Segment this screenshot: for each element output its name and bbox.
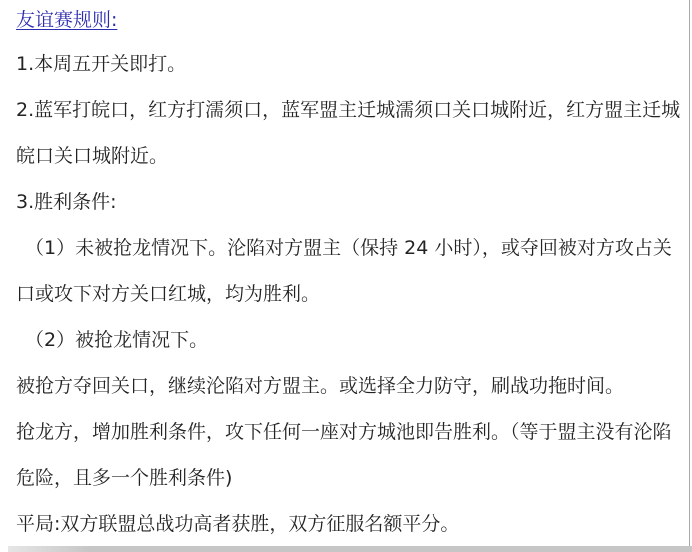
page-title[interactable]: 友谊赛规则: [16,8,117,32]
rules-line: 抢龙方，增加胜利条件，攻下任何一座对方城池即告胜利。（等于盟主没有沦陷 [16,409,674,455]
window-bottom-edge [8,546,692,552]
rules-document: 友谊赛规则: 1.本周五开关即打。 2.蓝军打皖口，红方打濡须口，蓝军盟主迁城濡… [0,0,692,547]
rules-document-page: 友谊赛规则: 1.本周五开关即打。 2.蓝军打皖口，红方打濡须口，蓝军盟主迁城濡… [0,0,692,552]
window-right-edge [689,0,690,546]
rules-line: 皖口关口城附近。 [16,133,674,179]
rules-line: 危险，且多一个胜利条件) [16,455,674,501]
rules-line: （2）被抢龙情况下。 [16,317,674,363]
rules-line: （1）未被抢龙情况下。沦陷对方盟主（保持 24 小时），或夺回被对方攻占关 [16,225,674,271]
rules-line: 1.本周五开关即打。 [16,41,674,87]
rules-line: 平局:双方联盟总战功高者获胜，双方征服名额平分。 [16,501,674,547]
rules-line: 口或攻下对方关口红城，均为胜利。 [16,271,674,317]
rules-line: 3.胜利条件: [16,179,674,225]
rules-line: 被抢方夺回关口，继续沦陷对方盟主。或选择全力防守，刷战功拖时间。 [16,363,674,409]
rules-line: 2.蓝军打皖口，红方打濡须口，蓝军盟主迁城濡须口关口城附近，红方盟主迁城 [16,87,674,133]
rules-body: 1.本周五开关即打。 2.蓝军打皖口，红方打濡须口，蓝军盟主迁城濡须口关口城附近… [16,41,674,547]
